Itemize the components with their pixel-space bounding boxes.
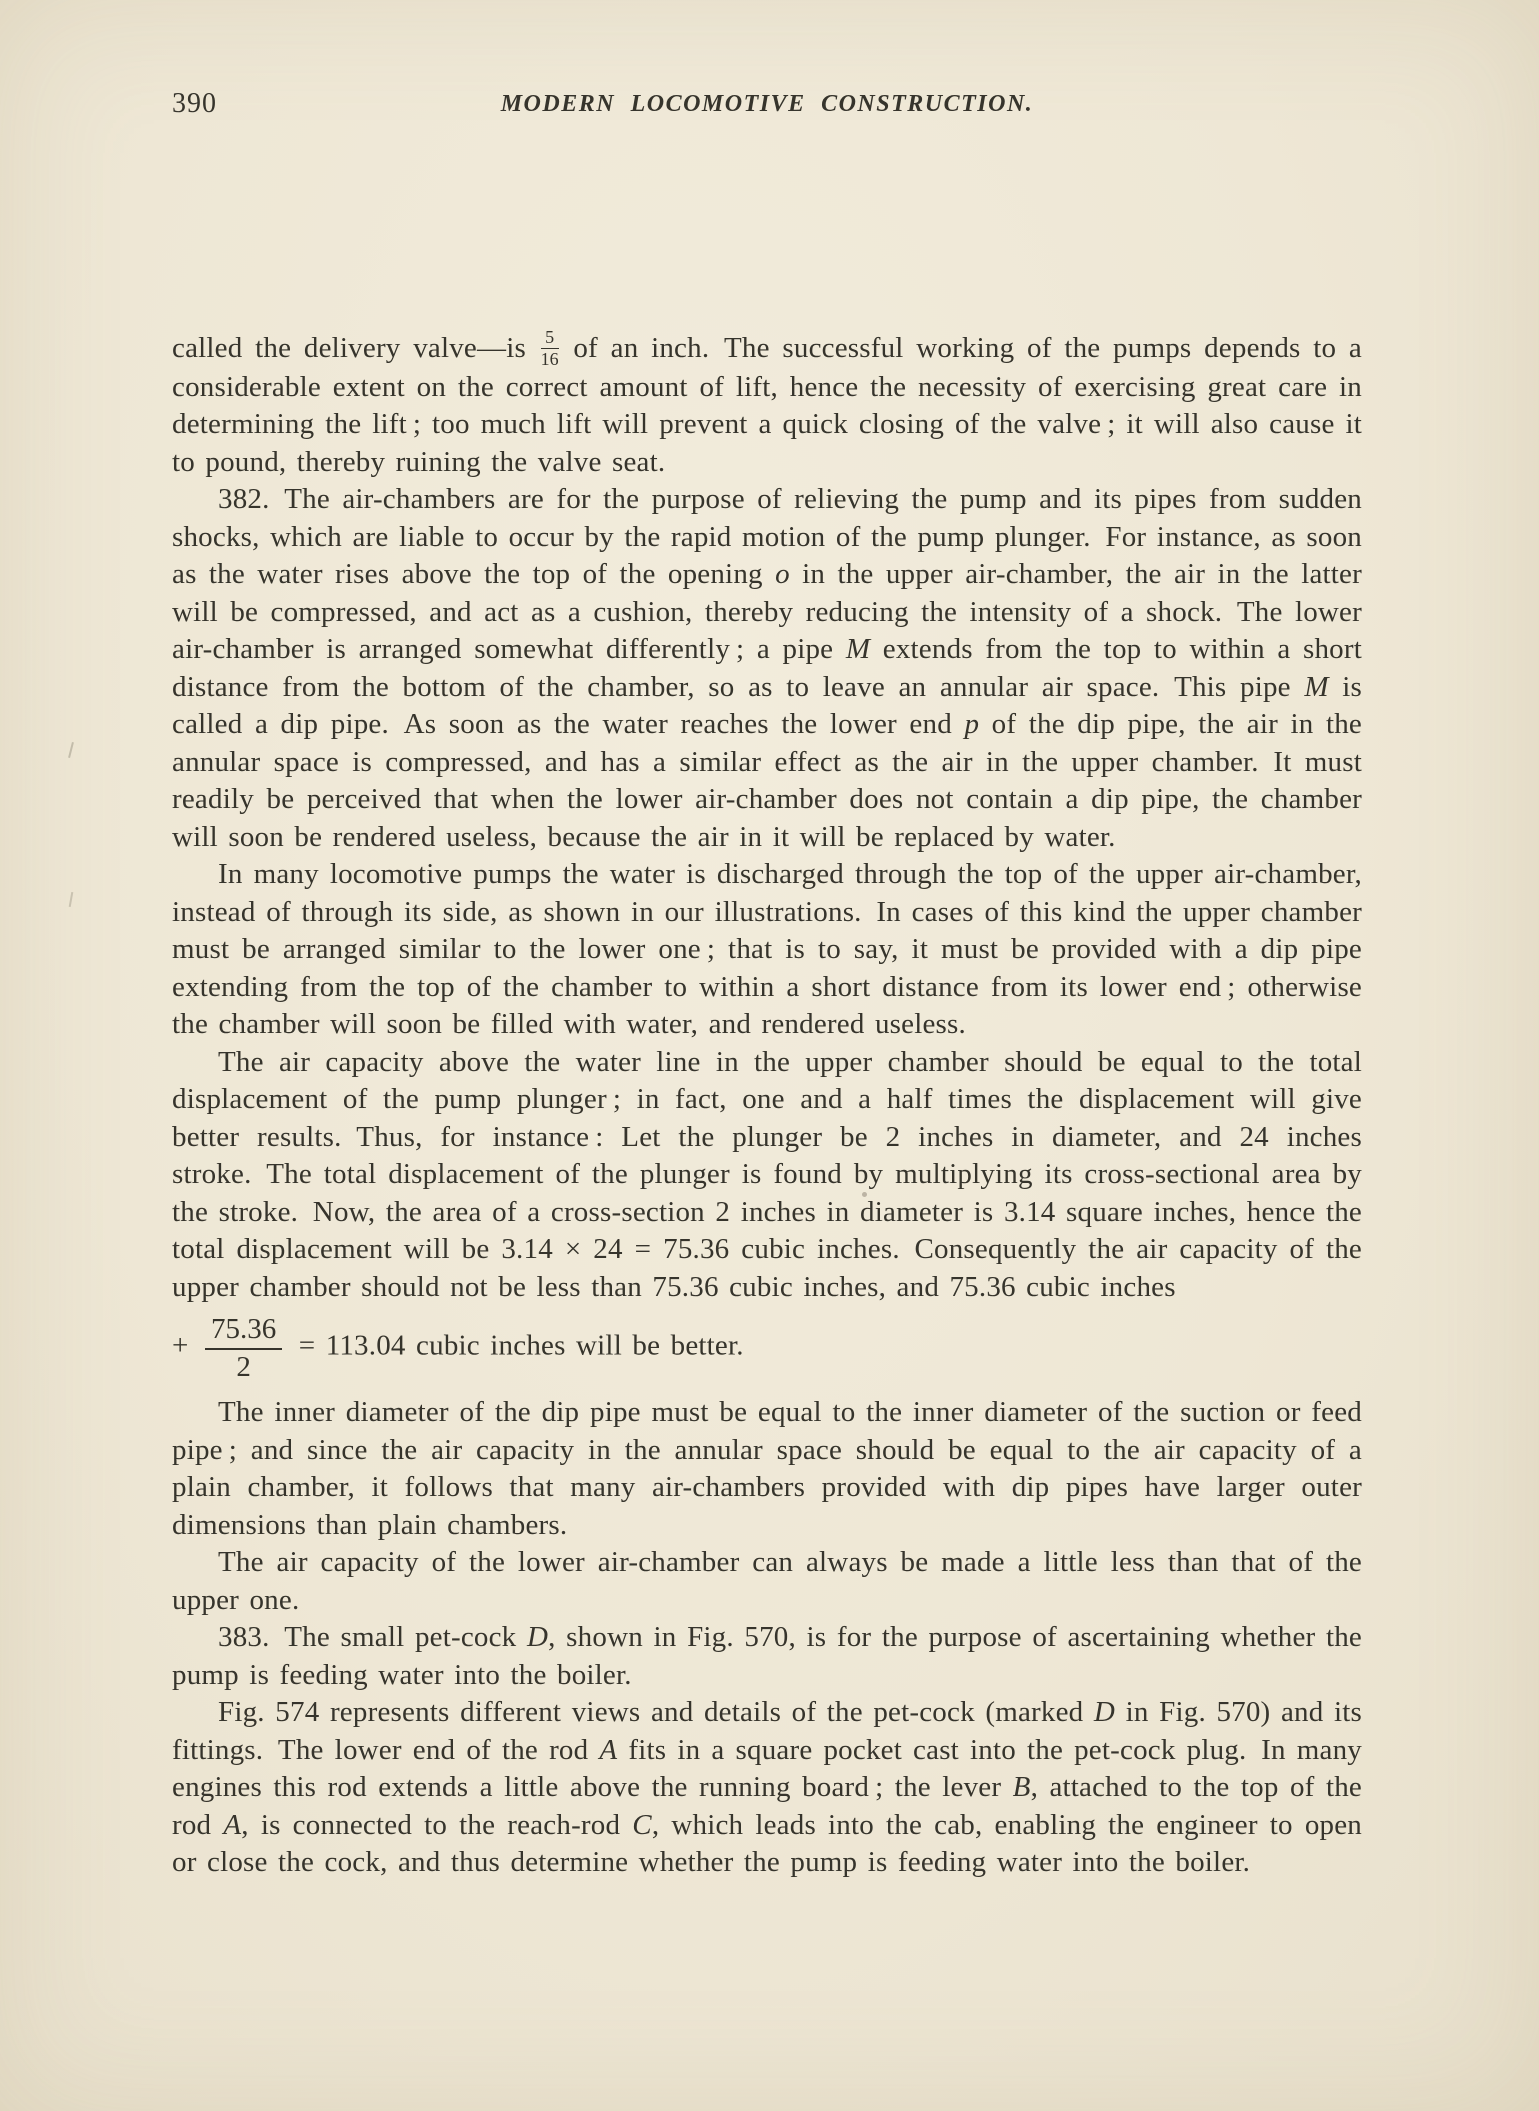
fraction: 75.362 [205,1314,282,1382]
figure-label: A [599,1734,617,1766]
figure-label: M [1304,671,1328,703]
figure-label: p [964,708,979,740]
paragraph: 382. The air-chambers are for the purpos… [172,481,1362,856]
paragraph: 383. The small pet-cock D, shown in Fig.… [172,1619,1362,1694]
figure-label: o [775,558,790,590]
figure-label: D [527,1621,548,1653]
book-page: 390 MODERN LOCOMOTIVE CONSTRUCTION. call… [0,0,1539,2111]
paragraph: The inner diameter of the dip pipe must … [172,1394,1362,1544]
paragraph: In many locomotive pumps the water is di… [172,856,1362,1044]
figure-label: A [223,1809,241,1841]
page-body: called the delivery valve—is 516 of an i… [172,328,1362,1882]
scan-artifact [68,742,74,758]
figure-label: C [632,1809,652,1841]
running-title: MODERN LOCOMOTIVE CONSTRUCTION. [172,88,1362,118]
page-number: 390 [172,88,217,120]
paragraph: called the delivery valve—is 516 of an i… [172,328,1362,481]
figure-label: M [846,633,870,665]
paragraph: Fig. 574 represents different views and … [172,1694,1362,1882]
formula-line: + 75.362 = 113.04 cubic inches will be b… [172,1314,1362,1382]
paragraph: The air capacity above the water line in… [172,1044,1362,1307]
page-header: 390 MODERN LOCOMOTIVE CONSTRUCTION. [172,88,1362,124]
figure-label: B [1013,1771,1031,1803]
paragraph: The air capacity of the lower air-chambe… [172,1544,1362,1619]
figure-label: D [1094,1696,1115,1728]
scan-artifact [69,892,74,907]
fraction: 516 [541,328,559,369]
